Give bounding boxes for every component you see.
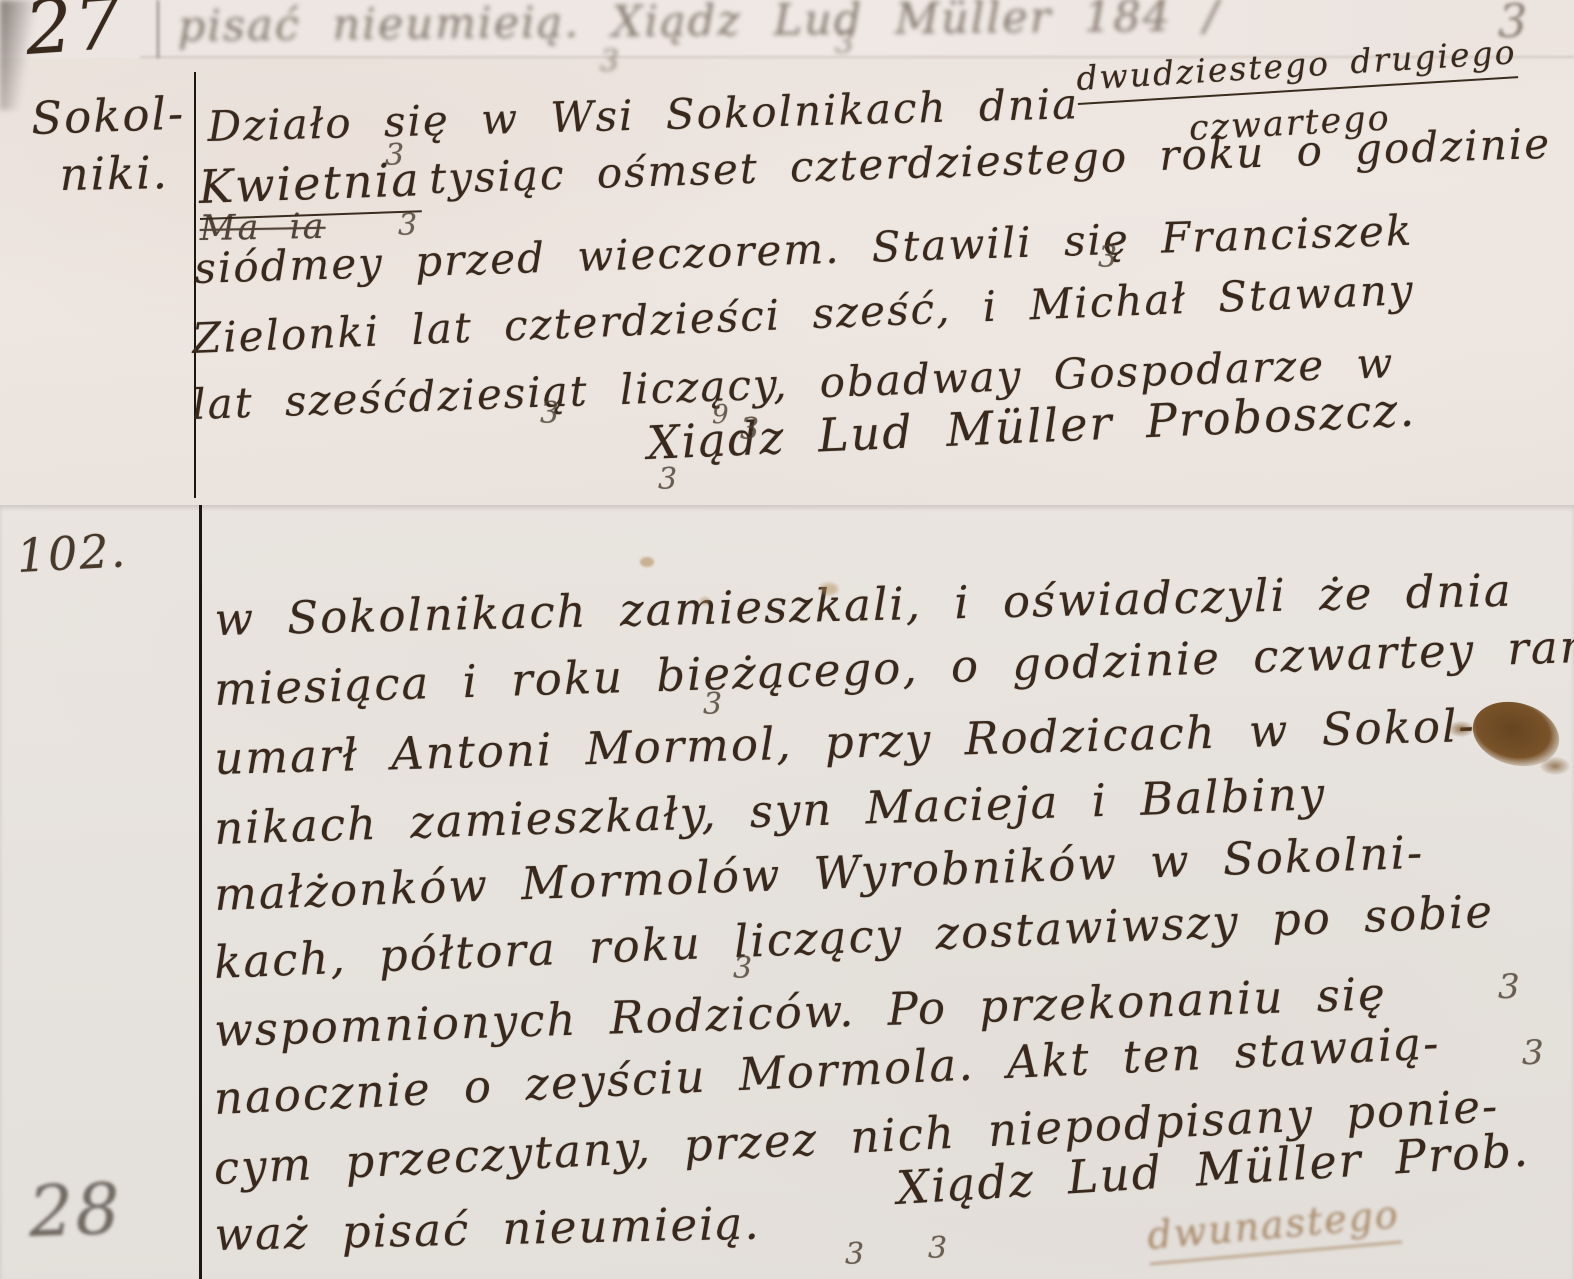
underlined-next-fragment: dwunastego (1146, 1195, 1402, 1265)
column-rule-bottom (199, 505, 202, 1279)
ink-blot-satellite (1540, 757, 1570, 775)
pencil-mark-3: 3 (740, 412, 759, 447)
place-name-line2: niki. (59, 150, 169, 197)
pencil-mark-3: 3 (845, 1237, 864, 1272)
pencil-mark-3: 3 (703, 687, 722, 722)
pencil-mark-3: 3 (385, 138, 404, 173)
pencil-mark-3: 3 (600, 44, 619, 79)
act-number-28: 28 (28, 1174, 123, 1247)
register-scan-page: pisać nieumieią. Xiądz Lud Müller 184 ∕ … (0, 0, 1574, 1279)
next-entry-fragment: dwunastego (1146, 1195, 1402, 1265)
paper-stain (820, 583, 838, 595)
scan-section-bottom: 102. 28 w Sokolnikach zamieszkali, i ośw… (0, 505, 1574, 1279)
pencil-mark-3: 3 (398, 208, 417, 243)
pencil-mark-3: 3 (540, 396, 559, 431)
place-name-line1: Sokol- (30, 91, 185, 141)
pencil-mark-3: 3 (928, 1231, 947, 1266)
ink-blot-satellite (1448, 721, 1474, 737)
pencil-mark-3: 3 (1498, 967, 1520, 1007)
pencil-mark-3: 3 (1098, 240, 1117, 275)
previous-entry-tail-text: pisać nieumieią. Xiądz Lud Müller 184 ∕ (178, 0, 1221, 49)
pencil-mark-3: 3 (733, 951, 752, 986)
act-line-15: waż pisać nieumieią. (214, 1201, 761, 1257)
pencil-mark-3: 3 (1522, 1033, 1544, 1073)
act-number-27: 27 (23, 0, 126, 66)
paper-stain (640, 557, 654, 567)
pencil-mark-3: 3 (658, 462, 677, 497)
paper-stain (700, 597, 710, 605)
act-number-102: 102. (16, 527, 129, 579)
scan-section-top: pisać nieumieią. Xiądz Lud Müller 184 ∕ … (0, 0, 1574, 505)
pencil-mark-9: 9 (712, 400, 729, 430)
column-rule-strip (157, 0, 159, 58)
